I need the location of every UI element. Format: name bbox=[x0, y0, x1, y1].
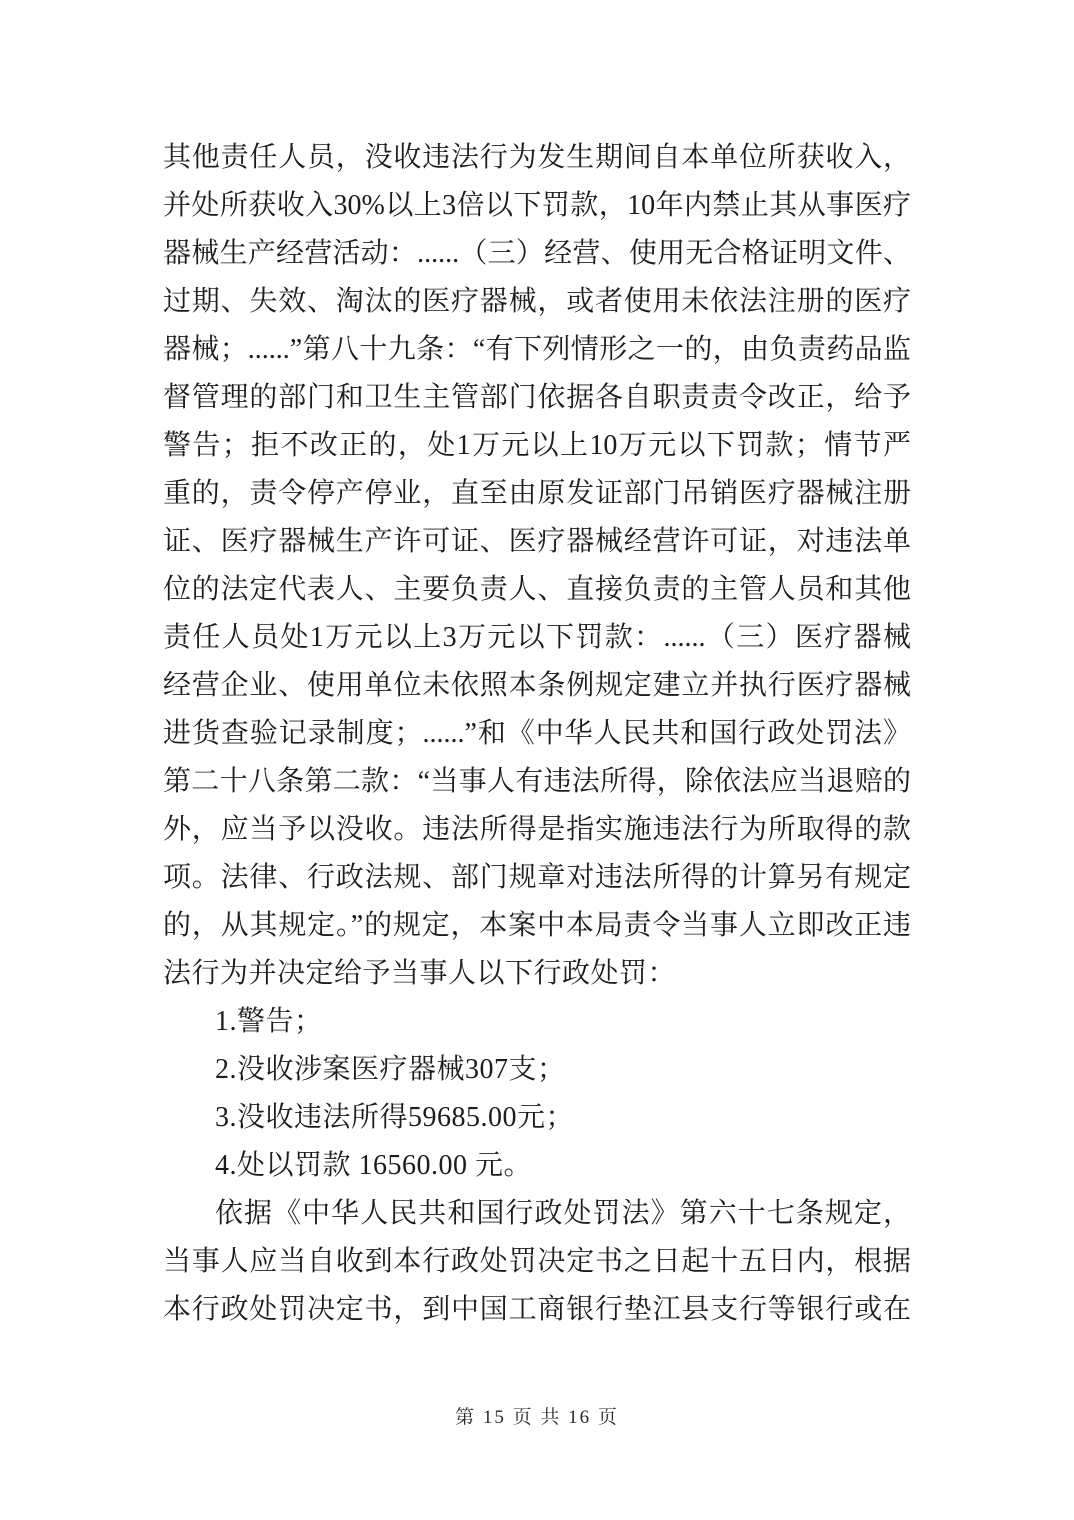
text-line: 依据《中华人民共和国行政处罚法》第六十七条规定， bbox=[163, 1190, 911, 1238]
text-line: 的，从其规定。”的规定，本案中本局责令当事人立即改正违 bbox=[163, 902, 911, 950]
text-line: 其他责任人员，没收违法行为发生期间自本单位所获收入， bbox=[163, 134, 911, 182]
document-body: 其他责任人员，没收违法行为发生期间自本单位所获收入， 并处所获收入30%以上3倍… bbox=[163, 134, 911, 1334]
text-line: 证、医疗器械生产许可证、医疗器械经营许可证，对违法单 bbox=[163, 518, 911, 566]
text-line: 位的法定代表人、主要负责人、直接负责的主管人员和其他 bbox=[163, 566, 911, 614]
penalty-item-4: 4.处以罚款 16560.00 元。 bbox=[163, 1142, 911, 1190]
text-line: 法行为并决定给予当事人以下行政处罚： bbox=[163, 950, 911, 998]
text-line: 器械生产经营活动：......（三）经营、使用无合格证明文件、 bbox=[163, 230, 911, 278]
text-line: 项。法律、行政法规、部门规章对违法所得的计算另有规定 bbox=[163, 854, 911, 902]
page-footer: 第 15 页 共 16 页 bbox=[0, 1400, 1074, 1436]
text-line: 并处所获收入30%以上3倍以下罚款，10年内禁止其从事医疗 bbox=[163, 182, 911, 230]
penalty-item-2: 2.没收涉案医疗器械307支； bbox=[163, 1046, 911, 1094]
penalty-item-1: 1.警告； bbox=[163, 998, 911, 1046]
text-line: 当事人应当自收到本行政处罚决定书之日起十五日内，根据 bbox=[163, 1238, 911, 1286]
text-line: 过期、失效、淘汰的医疗器械，或者使用未依法注册的医疗 bbox=[163, 278, 911, 326]
text-line: 重的，责令停产停业，直至由原发证部门吊销医疗器械注册 bbox=[163, 470, 911, 518]
document-page: 其他责任人员，没收违法行为发生期间自本单位所获收入， 并处所获收入30%以上3倍… bbox=[0, 0, 1074, 1520]
text-line: 本行政处罚决定书，到中国工商银行垫江县支行等银行或在 bbox=[163, 1286, 911, 1334]
text-line: 外，应当予以没收。违法所得是指实施违法行为所取得的款 bbox=[163, 806, 911, 854]
text-line: 经营企业、使用单位未依照本条例规定建立并执行医疗器械 bbox=[163, 662, 911, 710]
text-line: 第二十八条第二款：“当事人有违法所得，除依法应当退赔的 bbox=[163, 758, 911, 806]
text-line: 进货查验记录制度；......”和《中华人民共和国行政处罚法》 bbox=[163, 710, 911, 758]
text-line: 督管理的部门和卫生主管部门依据各自职责责令改正，给予 bbox=[163, 374, 911, 422]
text-line: 责任人员处1万元以上3万元以下罚款：......（三）医疗器械 bbox=[163, 614, 911, 662]
text-line: 器械；......”第八十九条：“有下列情形之一的，由负责药品监 bbox=[163, 326, 911, 374]
text-line: 警告；拒不改正的，处1万元以上10万元以下罚款；情节严 bbox=[163, 422, 911, 470]
penalty-item-3: 3.没收违法所得59685.00元； bbox=[163, 1094, 911, 1142]
